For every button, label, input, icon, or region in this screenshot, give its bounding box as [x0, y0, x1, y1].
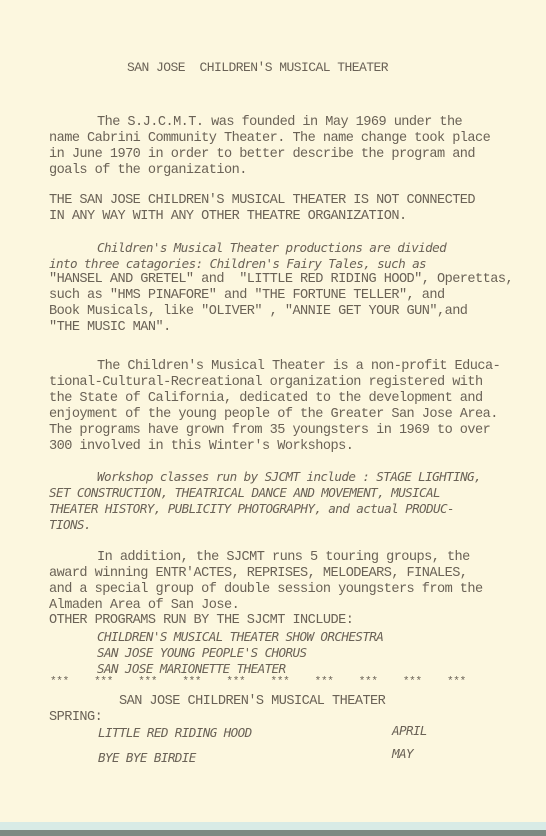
paragraph-nonprofit-line: enjoyment of the young people of the Gre…: [49, 407, 498, 423]
document-page: SAN JOSE CHILDREN'S MUSICAL THEATER The …: [0, 0, 546, 822]
paragraph-workshops-line: THEATER HISTORY, PUBLICITY PHOTOGRAPHY, …: [49, 501, 454, 517]
notice-line: IN ANY WAY WITH ANY OTHER THEATRE ORGANI…: [49, 209, 407, 225]
paragraph-touring-line: award winning ENTR'ACTES, REPRISES, MELO…: [49, 566, 467, 582]
other-program-item: CHILDREN'S MUSICAL THEATER SHOW ORCHESTR…: [97, 629, 383, 645]
other-program-item: SAN JOSE YOUNG PEOPLE'S CHORUS: [97, 645, 306, 661]
schedule-season: SPRING:: [49, 710, 102, 726]
paragraph-touring-line: Almaden Area of San Jose.: [49, 598, 239, 614]
paragraph-workshops-line: Workshop classes run by SJCMT include : …: [97, 469, 481, 485]
schedule-title: SAN JOSE CHILDREN'S MUSICAL THEATER: [119, 694, 385, 710]
paragraph-touring-line: and a special group of double session yo…: [49, 582, 483, 598]
schedule-show-month: APRIL: [392, 723, 427, 739]
paragraph-founding-line: name Cabrini Community Theater. The name…: [49, 131, 490, 147]
schedule-show-name: BYE BYE BIRDIE: [98, 750, 196, 766]
paragraph-productions-line: "THE MUSIC MAN".: [49, 320, 171, 336]
other-programs-heading: OTHER PROGRAMS RUN BY THE SJCMT INCLUDE:: [49, 613, 353, 629]
paragraph-productions-line: Book Musicals, like "OLIVER" , "ANNIE GE…: [49, 304, 467, 320]
paragraph-nonprofit-line: The programs have grown from 35 youngste…: [49, 423, 490, 439]
scan-bottom-edge: [0, 830, 546, 836]
paragraph-nonprofit-line: the State of California, dedicated to th…: [49, 391, 483, 407]
paragraph-productions-line: such as "HMS PINAFORE" and "THE FORTUNE …: [49, 288, 445, 304]
paragraph-productions-line: into three catagories: Children's Fairy …: [49, 256, 426, 272]
paragraph-workshops-line: TIONS.: [49, 517, 91, 533]
schedule-show-name: LITTLE RED RIDING HOOD: [98, 725, 252, 741]
paragraph-founding-line: The S.J.C.M.T. was founded in May 1969 u…: [97, 115, 462, 131]
notice-line: THE SAN JOSE CHILDREN'S MUSICAL THEATER …: [49, 193, 475, 209]
schedule-show-month: MAY: [392, 746, 413, 762]
paragraph-founding-line: in June 1970 in order to better describe…: [49, 147, 475, 163]
paragraph-nonprofit-line: tional-Cultural-Recreational organizatio…: [49, 375, 483, 391]
paragraph-nonprofit-line: 300 involved in this Winter's Workshops.: [49, 439, 353, 455]
paragraph-productions-line: "HANSEL AND GRETEL" and "LITTLE RED RIDI…: [49, 272, 513, 288]
scan-background-band: [0, 822, 546, 830]
document-title: SAN JOSE CHILDREN'S MUSICAL THEATER: [127, 60, 388, 76]
paragraph-nonprofit-line: The Children's Musical Theater is a non-…: [97, 359, 500, 375]
paragraph-productions-line: Children's Musical Theater productions a…: [97, 240, 446, 256]
paragraph-touring-line: In addition, the SJCMT runs 5 touring gr…: [97, 550, 470, 566]
paragraph-founding-line: goals of the organization.: [49, 163, 247, 179]
paragraph-workshops-line: SET CONSTRUCTION, THEATRICAL DANCE AND M…: [49, 485, 440, 501]
asterisk-separator: *** *** *** *** *** *** *** *** *** ***: [50, 674, 466, 690]
